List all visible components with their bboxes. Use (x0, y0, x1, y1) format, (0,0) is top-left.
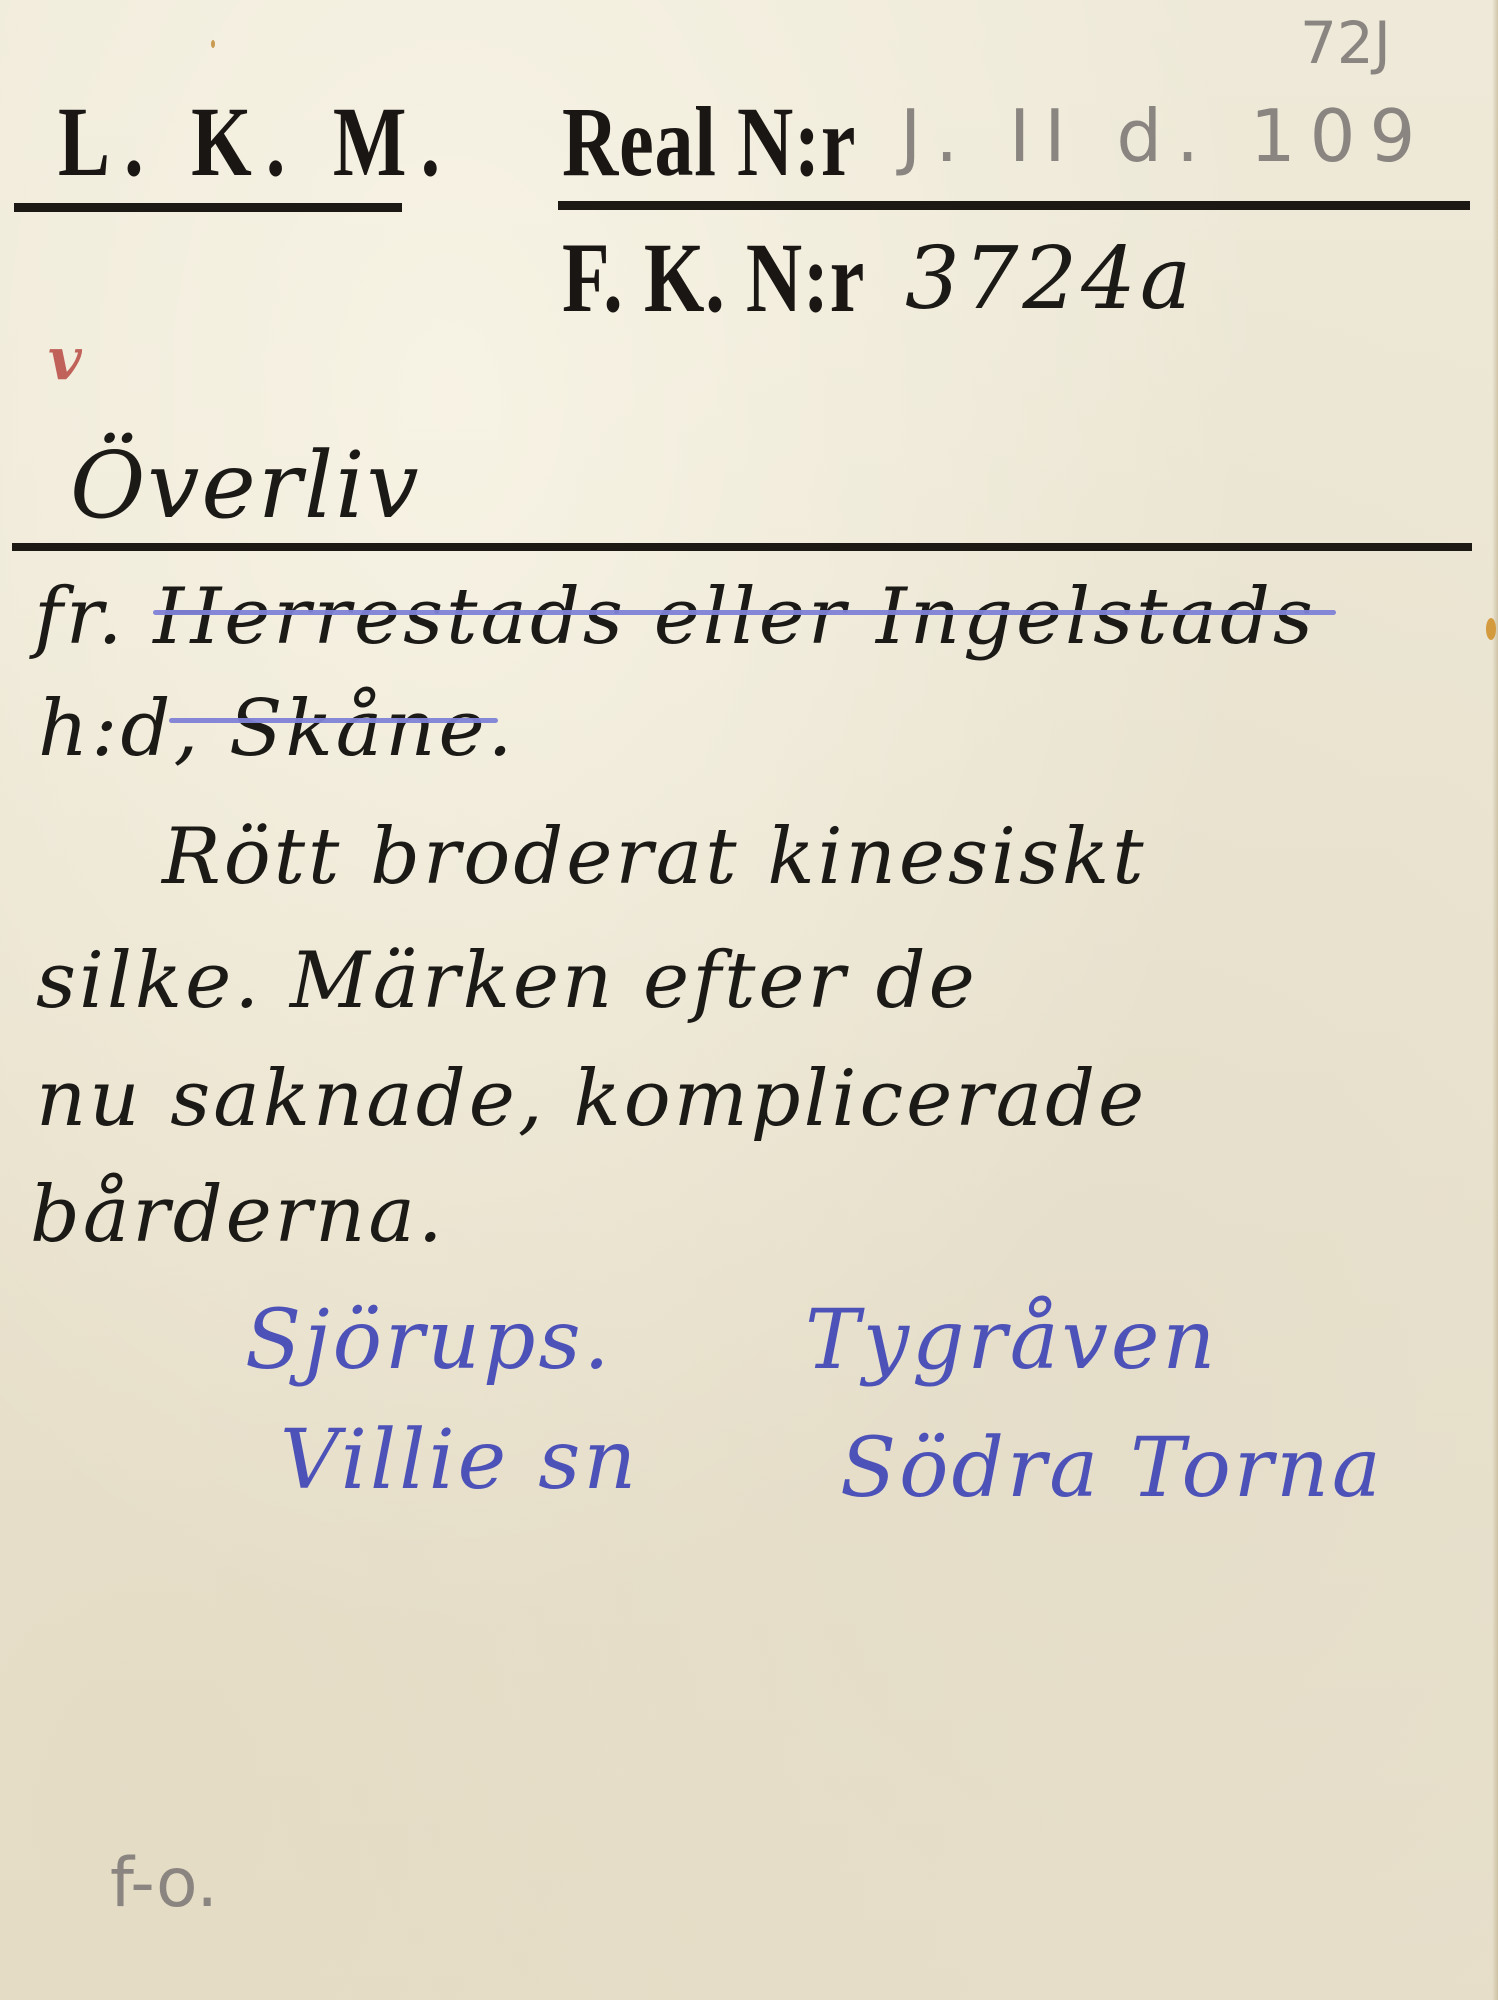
struck-text-content: Skåne (229, 684, 488, 774)
blue-annotation-place: Sjörups. (245, 1300, 613, 1382)
line-prefix: h:d, (38, 684, 229, 774)
blue-annotation-parish: Villie sn (280, 1420, 639, 1502)
check-mark-icon: v (48, 330, 82, 388)
body-line-description: nu saknade, komplicerade (36, 1060, 1147, 1138)
bottom-pencil-note: f-o. (110, 1850, 218, 1918)
real-number-label: Real N:r (562, 92, 856, 192)
line-suffix: . (488, 684, 516, 774)
struck-text-content: Herrestads eller Ingelstads (153, 572, 1316, 662)
header-rule-right (558, 201, 1470, 210)
struck-text: Skåne (229, 684, 488, 774)
paper-stain (211, 40, 215, 48)
body-line-description: silke. Märken efter de (36, 942, 978, 1020)
fk-number-value: 3724a (905, 236, 1195, 322)
fk-number-label: F. K. N:r (562, 228, 865, 328)
corner-annotation: 72J (1300, 14, 1391, 72)
blue-annotation-place: Tygråven (805, 1300, 1218, 1382)
body-line-description: bårderna. (30, 1176, 446, 1254)
institution-label: L. K. M. (58, 92, 454, 192)
card-edge (1492, 0, 1498, 2000)
line-prefix: fr. (34, 572, 153, 662)
body-line-region: h:d, Skåne. (38, 690, 515, 768)
strikethrough-line (169, 718, 498, 723)
paper-stain (1486, 618, 1496, 640)
real-number-value: J. II d. 109 (900, 100, 1429, 172)
strikethrough-line (153, 610, 1336, 615)
catalog-card: 72J L. K. M. Real N:r J. II d. 109 F. K.… (0, 0, 1498, 2000)
body-line-provenance: fr. Herrestads eller Ingelstads (34, 578, 1316, 656)
header-rule-left (14, 203, 402, 212)
body-line-description: Rött broderat kinesiskt (162, 818, 1147, 896)
blue-annotation-district: Södra Torna (840, 1428, 1384, 1510)
title-rule (12, 543, 1472, 551)
object-title: Överliv (70, 440, 421, 532)
struck-text: Herrestads eller Ingelstads (153, 572, 1316, 662)
